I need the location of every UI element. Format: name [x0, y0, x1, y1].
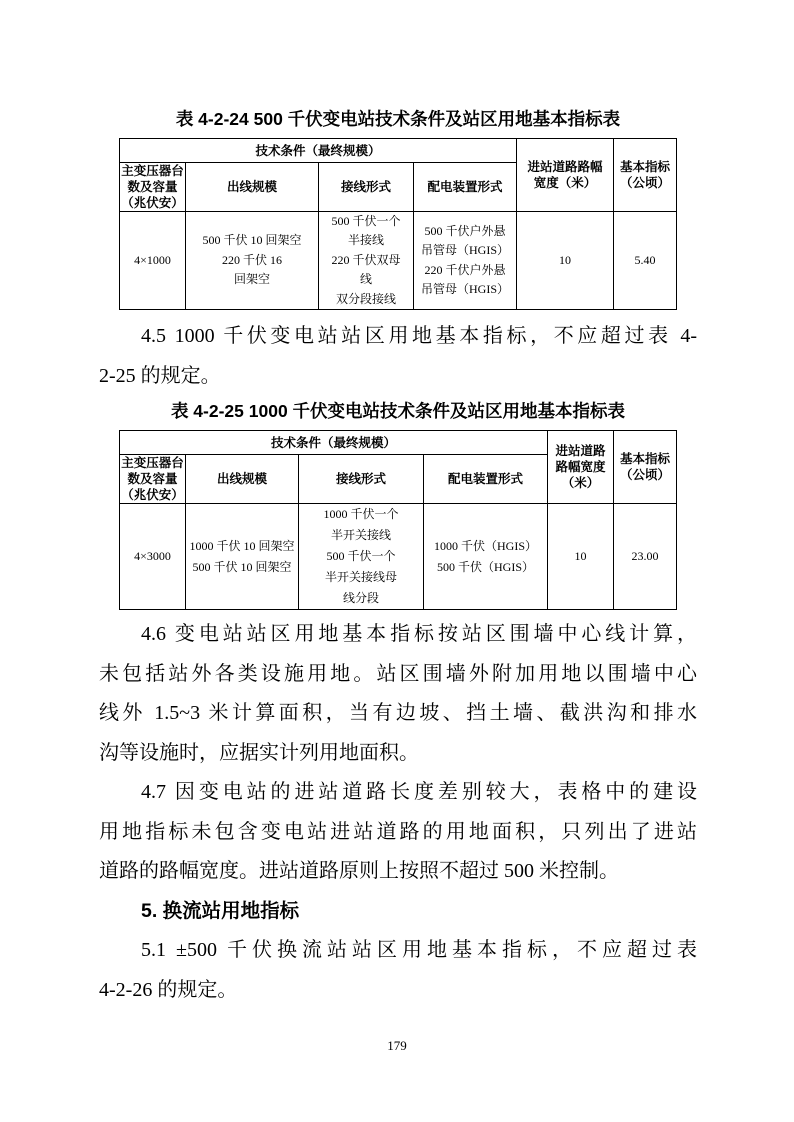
- t2-header-road-width: 进站道路 路幅宽度 （米）: [548, 431, 614, 504]
- document-page: 表 4-2-24 500 千伏变电站技术条件及站区用地基本指标表 技术条件（最终…: [0, 0, 794, 1122]
- t2-cell-transformer: 4×3000: [119, 504, 185, 610]
- table-4-2-25: 技术条件（最终规模） 进站道路 路幅宽度 （米） 基本指标 （公顷） 主变压器台…: [119, 430, 677, 610]
- page-content: 表 4-2-24 500 千伏变电站技术条件及站区用地基本指标表 技术条件（最终…: [99, 106, 697, 1010]
- t2-header-distribution: 配电装置形式: [423, 455, 547, 504]
- section-5-heading: 5. 换流站用地指标: [99, 892, 697, 932]
- text-line: 4-2-26 的规定。: [99, 971, 697, 1011]
- t2-cell-wiring: 1000 千伏一个 半开关接线 500 千伏一个 半开关接线母 线分段: [298, 504, 423, 610]
- text-line: 线外 1.5~3 米计算面积，当有边坡、挡土墙、截洪沟和排水: [99, 694, 697, 734]
- t2-header-transformer: 主变压器台 数及容量 （兆伏安）: [119, 455, 185, 504]
- t2-header-outgoing: 出线规模: [185, 455, 298, 504]
- table-4-2-25-title: 表 4-2-25 1000 千伏变电站技术条件及站区用地基本指标表: [99, 398, 697, 424]
- t2-header-tech-conditions: 技术条件（最终规模）: [119, 431, 547, 455]
- paragraph-4-7: 4.7 因变电站的进站道路长度差别较大，表格中的建设用地指标未包含变电站进站道路…: [99, 773, 697, 892]
- text-line: 4.6 变电站站区用地基本指标按站区围墙中心线计算，: [99, 615, 697, 655]
- t1-header-basic-indicator: 基本指标 （公顷）: [614, 139, 677, 212]
- text-line: 未包括站外各类设施用地。站区围墙外附加用地以围墙中心: [99, 655, 697, 695]
- text-line: 沟等设施时，应据实计列用地面积。: [99, 734, 697, 774]
- t1-header-wiring: 接线形式: [318, 163, 413, 212]
- t1-cell-transformer: 4×1000: [119, 212, 185, 310]
- page-number: 179: [0, 1038, 794, 1054]
- t2-cell-indicator: 23.00: [614, 504, 677, 610]
- t1-header-transformer: 主变压器台 数及容量 （兆伏安）: [119, 163, 185, 212]
- text-line: 5.1 ±500 千伏换流站站区用地基本指标，不应超过表: [99, 931, 697, 971]
- t2-cell-road: 10: [548, 504, 614, 610]
- text-line: 2-25 的规定。: [99, 357, 697, 397]
- t2-cell-distribution: 1000 千伏（HGIS） 500 千伏（HGIS）: [423, 504, 547, 610]
- table-4-2-24: 技术条件（最终规模） 进站道路路幅 宽度（米） 基本指标 （公顷） 主变压器台 …: [119, 138, 677, 310]
- paragraph-4-6: 4.6 变电站站区用地基本指标按站区围墙中心线计算，未包括站外各类设施用地。站区…: [99, 615, 697, 773]
- text-line: 4.5 1000 千伏变电站站区用地基本指标，不应超过表 4-: [99, 317, 697, 357]
- paragraph-4-5: 4.5 1000 千伏变电站站区用地基本指标，不应超过表 4-2-25 的规定。: [99, 317, 697, 396]
- t1-header-outgoing: 出线规模: [185, 163, 318, 212]
- t2-header-basic-indicator: 基本指标 （公顷）: [614, 431, 677, 504]
- t1-header-distribution: 配电装置形式: [413, 163, 516, 212]
- t2-header-wiring: 接线形式: [298, 455, 423, 504]
- text-line: 用地指标未包含变电站进站道路的用地面积，只列出了进站: [99, 813, 697, 853]
- text-line: 4.7 因变电站的进站道路长度差别较大，表格中的建设: [99, 773, 697, 813]
- text-line: 道路的路幅宽度。进站道路原则上按照不超过 500 米控制。: [99, 852, 697, 892]
- t1-cell-road: 10: [517, 212, 614, 310]
- t1-cell-wiring: 500 千伏一个 半接线 220 千伏双母 线 双分段接线: [318, 212, 413, 310]
- t1-header-road-width: 进站道路路幅 宽度（米）: [517, 139, 614, 212]
- t1-cell-outgoing: 500 千伏 10 回架空 220 千伏 16 回架空: [185, 212, 318, 310]
- table-4-2-24-title: 表 4-2-24 500 千伏变电站技术条件及站区用地基本指标表: [99, 106, 697, 132]
- t2-cell-outgoing: 1000 千伏 10 回架空 500 千伏 10 回架空: [185, 504, 298, 610]
- paragraph-5-1: 5.1 ±500 千伏换流站站区用地基本指标，不应超过表4-2-26 的规定。: [99, 931, 697, 1010]
- t1-header-tech-conditions: 技术条件（最终规模）: [119, 139, 516, 163]
- t1-cell-distribution: 500 千伏户外悬 吊管母（HGIS） 220 千伏户外悬 吊管母（HGIS）: [413, 212, 516, 310]
- t1-cell-indicator: 5.40: [614, 212, 677, 310]
